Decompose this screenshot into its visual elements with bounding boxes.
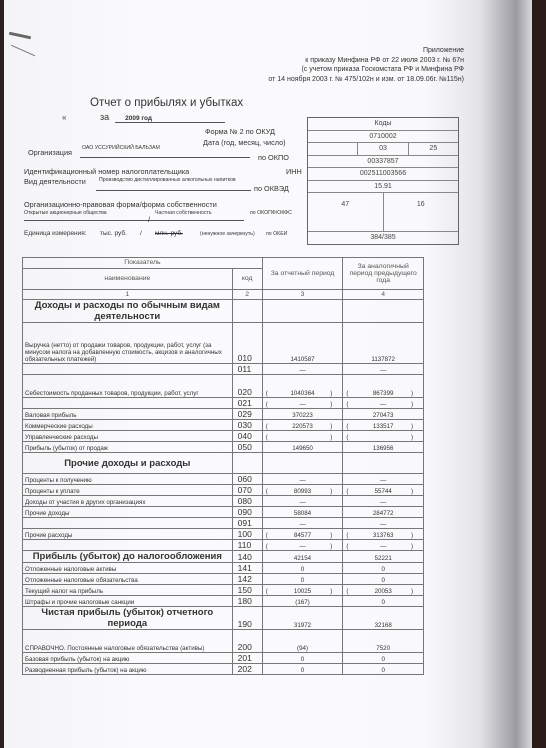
previous-value: 20053() <box>343 585 424 596</box>
current-value: — <box>262 474 343 485</box>
units-sep: / <box>140 230 142 237</box>
current-value: 58084 <box>262 507 343 518</box>
value-text: — <box>299 521 305 528</box>
current-value: —() <box>262 540 343 551</box>
current-value: 0 <box>262 664 343 675</box>
previous-value: — <box>343 364 424 375</box>
row-label: Доходы от участия в других организациях <box>23 496 233 507</box>
row-code: 020 <box>232 375 262 398</box>
appendix-line: к приказу Минфина РФ от 22 июля 2003 г. … <box>268 56 464 66</box>
row-code: 150 <box>232 585 262 596</box>
value-text: 1040364 <box>290 390 314 397</box>
table-row: 011—— <box>23 364 424 375</box>
previous-value: 1137872 <box>343 323 424 364</box>
paren: ) <box>411 588 413 595</box>
row-label: Валовая прибыль <box>23 409 233 420</box>
appendix-line: от 14 ноября 2003 г. № 475/102н и изм. о… <box>268 75 464 85</box>
paren: ( <box>266 434 268 441</box>
value-text: 10025 <box>294 588 311 595</box>
value-text: 370223 <box>292 412 313 419</box>
current-value: 42154 <box>262 551 343 563</box>
row-label <box>23 364 233 375</box>
header-current: За отчетный период <box>262 258 343 290</box>
date-day: 25 <box>408 143 458 155</box>
table-row: Штрафы и прочие налоговые санкции180(167… <box>23 596 424 607</box>
row-label: Управленческие расходы <box>23 431 233 442</box>
value-cell <box>262 453 343 474</box>
value-text: 0 <box>381 656 384 663</box>
value-text: — <box>380 477 386 484</box>
legal-form-label: Организационно-правовая форма/форма собс… <box>24 200 217 209</box>
col-num: 4 <box>343 289 424 300</box>
table-row: Прибыль (убыток) до налогообложения14042… <box>23 551 424 563</box>
paren: ) <box>411 543 413 550</box>
paren: ( <box>266 543 268 550</box>
paren: ) <box>411 488 413 495</box>
activity-label: Вид деятельности <box>24 177 86 186</box>
table-row: Прочие доходы09058084284772 <box>23 507 424 518</box>
report-title: Отчет о прибылях и убытках <box>90 97 243 109</box>
codes-box: Коды 0710002 0325 00337857 002511003566 … <box>307 117 459 245</box>
value-text: — <box>299 367 305 374</box>
form-label: Форма № 2 по ОКУД <box>205 127 275 136</box>
row-label: СПРАВОЧНО. Постоянные налоговые обязател… <box>23 630 233 653</box>
inn-code: 002511003566 <box>308 168 458 180</box>
paren: ) <box>330 588 332 595</box>
table-row: Управленческие расходы040()() <box>23 431 424 442</box>
paren: ) <box>330 390 332 397</box>
value-text: — <box>380 367 386 374</box>
row-label <box>23 398 233 409</box>
row-label: Чистая прибыль (убыток) отчетного период… <box>23 607 233 630</box>
value-text: — <box>299 499 305 506</box>
paren: ( <box>346 532 348 539</box>
paren: ) <box>330 543 332 550</box>
value-text: 52221 <box>375 555 392 562</box>
current-value: 0 <box>262 563 343 574</box>
previous-value: 313763() <box>343 529 424 540</box>
paren: ( <box>346 488 348 495</box>
date-month: 03 <box>357 143 407 155</box>
current-value: — <box>262 496 343 507</box>
okei-code: 384/385 <box>308 232 458 244</box>
period-prefix: за <box>100 112 109 122</box>
value-text: 0 <box>301 577 304 584</box>
code-cell <box>232 300 262 323</box>
header-code: код <box>232 268 262 289</box>
okfs-code: 16 <box>383 193 459 231</box>
current-value: —() <box>262 398 343 409</box>
table-row: Отложенные налоговые активы14100 <box>23 563 424 574</box>
row-label: Текущий налог на прибыль <box>23 585 233 596</box>
previous-value: 867399() <box>343 375 424 398</box>
value-text: 284772 <box>373 510 394 517</box>
header-previous: За аналогичный период предыдущего года <box>343 258 424 290</box>
value-text: 0 <box>301 566 304 573</box>
value-text: 0 <box>301 667 304 674</box>
paren: ) <box>330 423 332 430</box>
current-value: 84577() <box>262 529 343 540</box>
row-label: Прочие доходы <box>23 507 233 518</box>
paren: ) <box>411 423 413 430</box>
row-label <box>23 518 233 529</box>
appendix-line: Приложение <box>268 46 464 56</box>
value-text: 149650 <box>292 445 313 452</box>
paren: ( <box>266 588 268 595</box>
previous-value: —() <box>343 540 424 551</box>
slash: / <box>148 215 150 224</box>
paren: ( <box>266 423 268 430</box>
previous-value: 0 <box>343 653 424 664</box>
row-code: 140 <box>232 551 262 563</box>
previous-value: 0 <box>343 574 424 585</box>
codes-header: Коды <box>308 118 458 130</box>
header-indicator: Показатель <box>23 258 263 269</box>
paren: ( <box>266 390 268 397</box>
value-text: 313763 <box>373 532 394 539</box>
okved-label: по ОКВЭД <box>254 184 289 193</box>
row-label: Проценты к получению <box>23 474 233 485</box>
paren: ( <box>266 488 268 495</box>
units-note: (ненужное зачеркнуть) <box>200 231 255 237</box>
paren: ( <box>266 532 268 539</box>
value-text: 32168 <box>375 622 392 629</box>
paren: ( <box>346 401 348 408</box>
mark: « <box>62 113 66 122</box>
paren: ( <box>346 543 348 550</box>
col-num: 1 <box>23 289 233 300</box>
value-text: 1137872 <box>371 356 395 363</box>
value-text: (167) <box>295 599 309 606</box>
value-text: — <box>380 499 386 506</box>
table-row: Отложенные налоговые обязательства14200 <box>23 574 424 585</box>
value-text: 58084 <box>294 510 311 517</box>
row-code: 080 <box>232 496 262 507</box>
value-text: — <box>380 521 386 528</box>
table-row: Валовая прибыль029370223270473 <box>23 409 424 420</box>
previous-value: () <box>343 431 424 442</box>
value-text: 220573 <box>292 423 313 430</box>
col-num: 2 <box>232 289 262 300</box>
units-million: млн. руб. <box>155 230 183 237</box>
paren: ) <box>330 532 332 539</box>
table-row: Прибыль (убыток) от продаж05014965013695… <box>23 442 424 453</box>
paren: ) <box>411 532 413 539</box>
value-text: — <box>380 543 386 550</box>
value-text: 20053 <box>375 588 392 595</box>
section-row: Прочие доходы и расходы <box>23 453 424 474</box>
current-value: 10025() <box>262 585 343 596</box>
current-value: 80993() <box>262 485 343 496</box>
value-text: 136956 <box>373 445 394 452</box>
row-code: 201 <box>232 653 262 664</box>
row-code: 180 <box>232 596 262 607</box>
paren: ( <box>346 390 348 397</box>
value-text: 1410587 <box>290 356 314 363</box>
okpo-code: 00337857 <box>308 156 458 168</box>
value-text: 80993 <box>294 488 311 495</box>
value-cell <box>343 300 424 323</box>
row-label: Отложенные налоговые активы <box>23 563 233 574</box>
previous-value: — <box>343 496 424 507</box>
value-text: 270473 <box>373 412 394 419</box>
table-row: Базовая прибыль (убыток) на акцию20100 <box>23 653 424 664</box>
value-text: 0 <box>381 577 384 584</box>
row-code: 142 <box>232 574 262 585</box>
table-row: Проценты к получению060—— <box>23 474 424 485</box>
value-text: — <box>299 477 305 484</box>
table-row: Чистая прибыль (убыток) отчетного период… <box>23 607 424 630</box>
row-code: 060 <box>232 474 262 485</box>
table-row: 091—— <box>23 518 424 529</box>
current-value: 31972 <box>262 607 343 630</box>
inn-title: Идентификационный номер налогоплательщик… <box>24 167 189 176</box>
row-label: Базовая прибыль (убыток) на акцию <box>23 653 233 664</box>
current-value: 149650 <box>262 442 343 453</box>
row-code: 030 <box>232 420 262 431</box>
value-text: 84577 <box>294 532 311 539</box>
row-label: Прочие расходы <box>23 529 233 540</box>
units-label: Единица измерения: <box>24 230 87 237</box>
row-code: 141 <box>232 563 262 574</box>
previous-value: 0 <box>343 596 424 607</box>
section-row: Доходы и расходы по обычным видам деятел… <box>23 300 424 323</box>
okei-label: по ОКЕИ <box>266 231 287 237</box>
row-label: Отложенные налоговые обязательства <box>23 574 233 585</box>
row-label: Разводненная прибыль (убыток) на акцию <box>23 664 233 675</box>
paren: ) <box>330 401 332 408</box>
previous-value: 284772 <box>343 507 424 518</box>
previous-value: 270473 <box>343 409 424 420</box>
current-value: () <box>262 431 343 442</box>
value-text: 867399 <box>373 390 394 397</box>
row-code: 110 <box>232 540 262 551</box>
table-row: СПРАВОЧНО. Постоянные налоговые обязател… <box>23 630 424 653</box>
underline <box>80 157 250 158</box>
table-row: 110—()—() <box>23 540 424 551</box>
current-value: (167) <box>262 596 343 607</box>
row-code: 021 <box>232 398 262 409</box>
table-row: Себестоимость проданных товаров, продукц… <box>23 375 424 398</box>
row-code: 190 <box>232 607 262 630</box>
row-label <box>23 540 233 551</box>
row-code: 070 <box>232 485 262 496</box>
row-code: 050 <box>232 442 262 453</box>
value-text: — <box>299 401 305 408</box>
org-name: ОАО УССУРИЙСКИЙ БАЛЬЗАМ <box>82 145 160 151</box>
table-row: Доходы от участия в других организациях0… <box>23 496 424 507</box>
row-code: 202 <box>232 664 262 675</box>
paren: ( <box>346 423 348 430</box>
legal-form-value: Открытые акционерные общества <box>24 210 107 216</box>
period-value: 2009 год <box>115 115 225 123</box>
row-code: 011 <box>232 364 262 375</box>
current-value: (94) <box>262 630 343 653</box>
underline <box>24 220 244 221</box>
current-value: 0 <box>262 653 343 664</box>
table-row: Проценты к уплате07080993()55744() <box>23 485 424 496</box>
code-cell <box>232 453 262 474</box>
appendix-line: (с учетом приказа Госкомстата РФ и Минфи… <box>268 65 464 75</box>
col-num: 3 <box>262 289 343 300</box>
current-value: — <box>262 518 343 529</box>
value-text: 0 <box>381 599 384 606</box>
current-value: 220573() <box>262 420 343 431</box>
previous-value: 136956 <box>343 442 424 453</box>
value-text: 42154 <box>294 555 311 562</box>
row-label: Выручка (нетто) от продажи товаров, прод… <box>23 323 233 364</box>
row-code: 029 <box>232 409 262 420</box>
value-text: — <box>380 401 386 408</box>
previous-value: 7520 <box>343 630 424 653</box>
row-code: 040 <box>232 431 262 442</box>
row-label: Штрафы и прочие налоговые санкции <box>23 596 233 607</box>
section-title: Доходы и расходы по обычным видам деятел… <box>23 300 233 323</box>
paren: ) <box>411 390 413 397</box>
previous-value: 133517() <box>343 420 424 431</box>
table-row: Выручка (нетто) от продажи товаров, прод… <box>23 323 424 364</box>
paren: ( <box>346 588 348 595</box>
row-code: 091 <box>232 518 262 529</box>
paren: ) <box>411 434 413 441</box>
current-value: 370223 <box>262 409 343 420</box>
appendix-note: Приложение к приказу Минфина РФ от 22 ию… <box>268 46 464 84</box>
current-value: 1040364() <box>262 375 343 398</box>
header-name: наименование <box>23 268 233 289</box>
row-label: Проценты к уплате <box>23 485 233 496</box>
ownership-value: Частная собственность <box>155 210 212 216</box>
row-label: Коммерческие расходы <box>23 420 233 431</box>
current-value: 0 <box>262 574 343 585</box>
okpo-label: по ОКПО <box>258 153 289 162</box>
previous-value: — <box>343 474 424 485</box>
value-cell <box>262 300 343 323</box>
row-code: 090 <box>232 507 262 518</box>
income-statement-table: Показатель За отчетный период За аналоги… <box>22 257 424 675</box>
table-row: Текущий налог на прибыль15010025()20053(… <box>23 585 424 596</box>
row-code: 200 <box>232 630 262 653</box>
table-row: Коммерческие расходы030220573()133517() <box>23 420 424 431</box>
value-text: — <box>299 543 305 550</box>
value-text: (94) <box>297 645 308 652</box>
underline <box>96 190 251 191</box>
row-code: 010 <box>232 323 262 364</box>
row-label: Прибыль (убыток) от продаж <box>23 442 233 453</box>
paren: ( <box>346 434 348 441</box>
date-year <box>308 143 357 155</box>
previous-value: —() <box>343 398 424 409</box>
value-text: 7520 <box>376 645 390 652</box>
paren: ) <box>330 488 332 495</box>
previous-value: 52221 <box>343 551 424 563</box>
okopf-label: по ОКОПФ/ОКФС <box>250 210 292 216</box>
value-text: 0 <box>301 656 304 663</box>
value-text: 0 <box>381 566 384 573</box>
value-text: 31972 <box>294 622 311 629</box>
table-row: Разводненная прибыль (убыток) на акцию20… <box>23 664 424 675</box>
previous-value: — <box>343 518 424 529</box>
paren: ( <box>266 401 268 408</box>
previous-value: 0 <box>343 664 424 675</box>
row-label: Прибыль (убыток) до налогообложения <box>23 551 233 563</box>
current-value: 1410587 <box>262 323 343 364</box>
report-period: за2009 год <box>100 112 225 123</box>
paren: ) <box>411 401 413 408</box>
value-text: 0 <box>381 667 384 674</box>
okopf-code: 47 <box>308 193 383 231</box>
paren: ) <box>330 434 332 441</box>
okud-code: 0710002 <box>308 131 458 143</box>
units-thousand: тыс. руб. <box>100 230 127 237</box>
previous-value: 55744() <box>343 485 424 496</box>
table-row: Прочие расходы10084577()313763() <box>23 529 424 540</box>
current-value: — <box>262 364 343 375</box>
previous-value: 0 <box>343 563 424 574</box>
row-label: Себестоимость проданных товаров, продукц… <box>23 375 233 398</box>
inn-label: ИНН <box>286 167 302 176</box>
previous-value: 32168 <box>343 607 424 630</box>
value-cell <box>343 453 424 474</box>
value-text: 133517 <box>373 423 394 430</box>
section-title: Прочие доходы и расходы <box>23 453 233 474</box>
row-code: 100 <box>232 529 262 540</box>
date-label: Дата (год, месяц, число) <box>203 138 286 147</box>
okved-code: 15.91 <box>308 181 458 193</box>
value-text: 55744 <box>375 488 392 495</box>
org-label: Организация <box>28 148 72 157</box>
activity-value: Производство дистиллированных алкогольны… <box>99 177 236 183</box>
table-row: 021—()—() <box>23 398 424 409</box>
